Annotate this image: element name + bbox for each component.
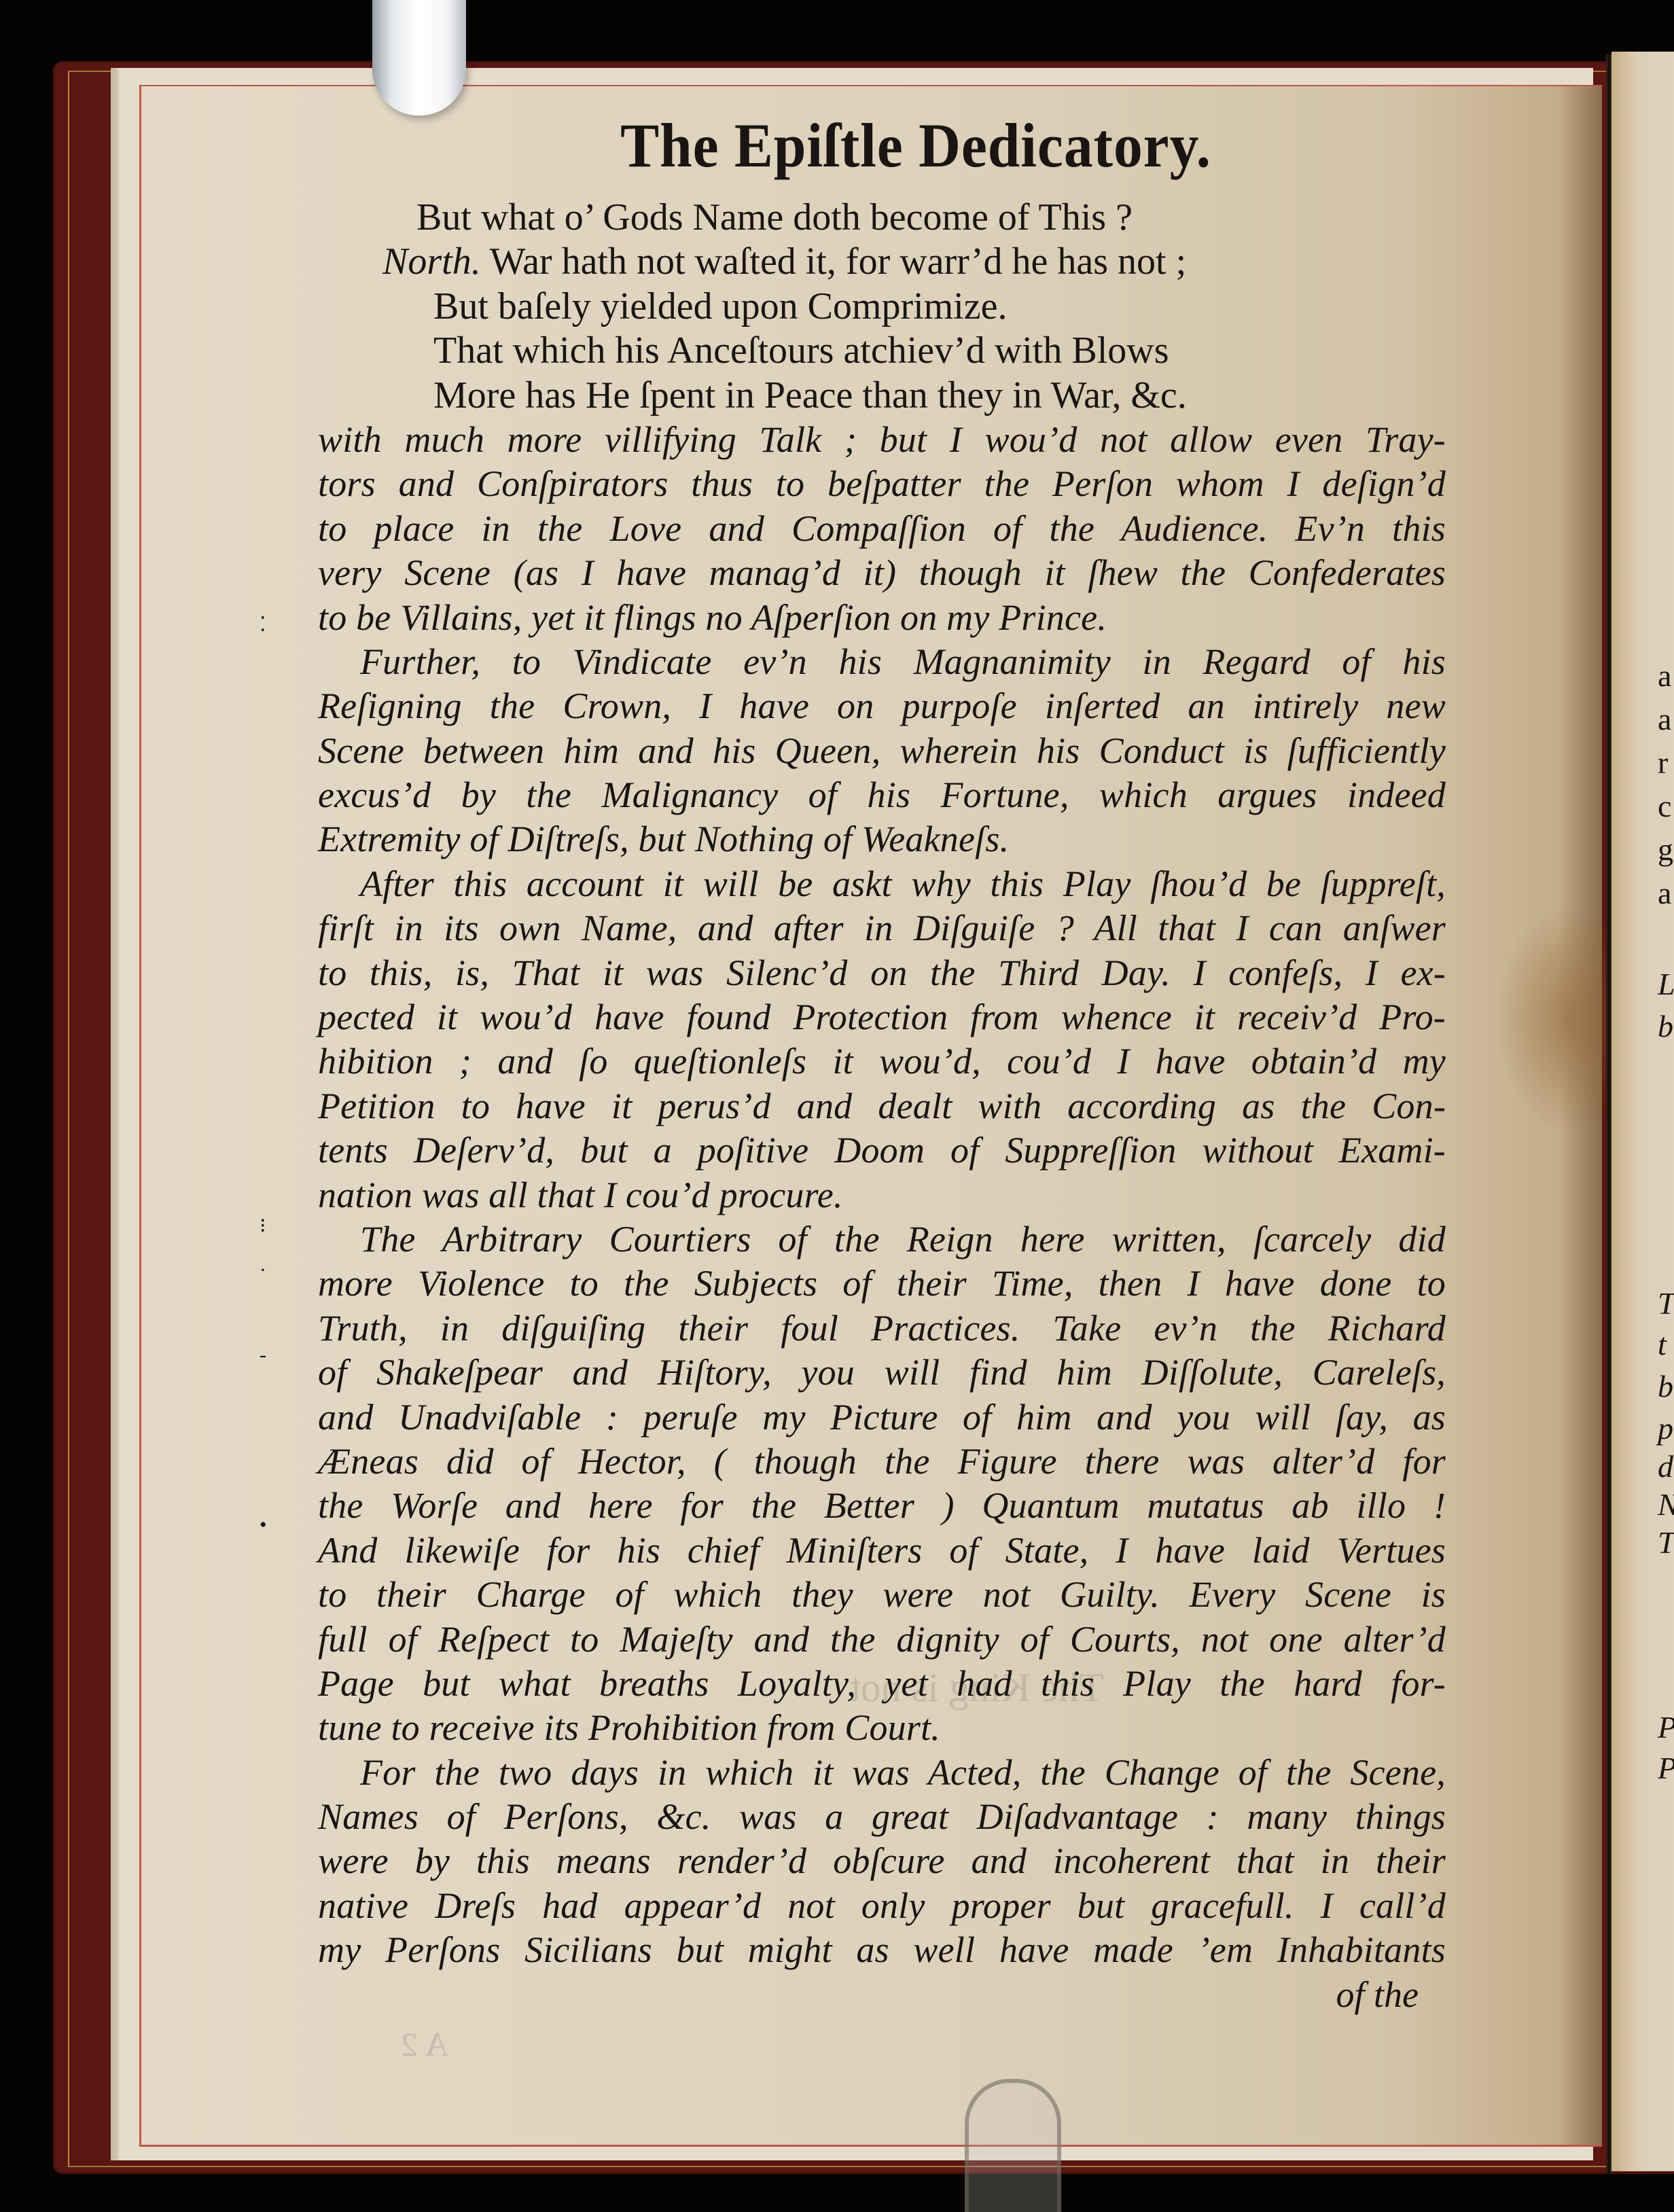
speaker-label: North.	[382, 240, 481, 283]
fragment-letter: P	[1658, 1712, 1674, 1743]
fragment-letter: N	[1658, 1489, 1674, 1520]
margin-mark: •	[260, 1515, 267, 1535]
fragment-letter: a	[1658, 660, 1671, 692]
paragraph: with much more villifying Talk ; but I w…	[318, 418, 1446, 640]
book-gutter	[1606, 54, 1611, 2174]
page-clip-bottom	[965, 2079, 1061, 2212]
text-line: my Perſons Sicilians but might as well h…	[318, 1928, 1446, 1972]
text-line: to their Charge of which they were not G…	[318, 1573, 1446, 1617]
margin-mark: ⁚	[260, 615, 266, 635]
text-line: more Violence to the Subjects of their T…	[318, 1262, 1446, 1306]
text-line: excus’d by the Malignancy of his Fortune…	[318, 773, 1446, 817]
catchword: of the	[318, 1973, 1446, 2017]
fragment-letter: a	[1658, 878, 1671, 909]
text-line: For the two days in which it was Acted, …	[318, 1751, 1446, 1795]
margin-mark: ·	[260, 1260, 266, 1281]
paragraph: Further, to Vindicate ev’n his Magnanimi…	[318, 640, 1446, 862]
text-line: The Arbitrary Courtiers of the Reign her…	[318, 1217, 1446, 1262]
text-line: to this, is, That it was Silenc’d on the…	[318, 951, 1446, 995]
page-text: The Epiſtle Dedicatory. But what o’ Gods…	[318, 102, 1446, 2017]
verse-line: But what o’ Gods Name doth become of Thi…	[318, 196, 1446, 240]
verse-line: But baſely yielded upon Comprimize.	[318, 285, 1446, 329]
verse-line: North. War hath not waſted it, for warr’…	[318, 240, 1446, 284]
prose: with much more villifying Talk ; but I w…	[318, 418, 1446, 2017]
fragment-letter: c	[1658, 791, 1671, 822]
paragraph: For the two days in which it was Acted, …	[318, 1751, 1446, 1973]
text-line: were by this means render’d obſcure and …	[318, 1839, 1446, 1883]
fragment-letter: g	[1658, 834, 1673, 866]
paragraph: After this account it will be askt why t…	[318, 862, 1446, 1217]
fragment-letter: d	[1658, 1451, 1673, 1482]
text-line: Reſigning the Crown, I have on purpoſe i…	[318, 684, 1446, 728]
text-line: Names of Perſons, &c. was a great Diſadv…	[318, 1795, 1446, 1839]
margin-mark: -	[260, 1345, 266, 1366]
text-line: Scene between him and his Queen, wherein…	[318, 729, 1446, 773]
facing-page	[1611, 52, 1674, 2171]
fragment-letter: P	[1658, 1753, 1674, 1784]
text-line: with much more villifying Talk ; but I w…	[318, 418, 1446, 462]
fragment-letter: L	[1658, 969, 1674, 1000]
text-line: to be Villains, yet it flings no Aſperſi…	[318, 596, 1446, 640]
text-line: firſt in its own Name, and after in Diſg…	[318, 906, 1446, 950]
verse-quotation: But what o’ Gods Name doth become of Thi…	[318, 196, 1446, 418]
running-title: The Epiſtle Dedicatory.	[423, 114, 1409, 177]
fragment-letter: p	[1658, 1413, 1673, 1444]
text-line: Page but what breaths Loyalty, yet had t…	[318, 1662, 1446, 1706]
text-line: tors and Conſpirators thus to beſpatter …	[318, 462, 1446, 506]
text-line: Extremity of Diſtreſs, but Nothing of We…	[318, 817, 1446, 861]
fragment-letter: T	[1658, 1288, 1674, 1319]
fragment-letter: T	[1658, 1527, 1674, 1558]
text-line: pected it wou’d have found Protection fr…	[318, 995, 1446, 1039]
fragment-letter: r	[1658, 747, 1668, 779]
verse-line: More has He ſpent in Peace than they in …	[318, 374, 1446, 418]
text-line: And likewiſe for his chief Miniſters of …	[318, 1529, 1446, 1573]
text-line: tents Deſerv’d, but a poſitive Doom of S…	[318, 1128, 1446, 1173]
text-line: hibition ; and ſo queſtionleſs it wou’d,…	[318, 1039, 1446, 1084]
fragment-letter: b	[1658, 1371, 1673, 1402]
text-line: to place in the Love and Compaſſion of t…	[318, 507, 1446, 551]
text-line: After this account it will be askt why t…	[318, 862, 1446, 906]
text-line: of Shakeſpear and Hiſtory, you will find…	[318, 1351, 1446, 1395]
text-line: native Dreſs had appear’d not only prope…	[318, 1884, 1446, 1928]
text-line: Truth, in diſguiſing their foul Practice…	[318, 1306, 1446, 1351]
paragraph: The Arbitrary Courtiers of the Reign her…	[318, 1217, 1446, 1751]
text-line: the Worſe and here for the Better ) Quan…	[318, 1484, 1446, 1528]
text-line: Further, to Vindicate ev’n his Magnanimi…	[318, 640, 1446, 684]
fragment-letter: t	[1658, 1329, 1667, 1360]
margin-mark: ⁝	[260, 1216, 266, 1236]
text-line: very Scene (as I have manag’d it) though…	[318, 551, 1446, 595]
verse-line: That which his Anceſtours atchiev’d with…	[318, 329, 1446, 373]
text-line: and Unadviſable : peruſe my Picture of h…	[318, 1395, 1446, 1440]
text-line: tune to receive its Prohibition from Cou…	[318, 1706, 1446, 1750]
show-through-signature: A 2	[401, 2024, 449, 2064]
text-line: nation was all that I cou’d procure.	[318, 1173, 1446, 1217]
text-line: full of Reſpect to Majeſty and the digni…	[318, 1618, 1446, 1662]
text-line: Petition to have it perus’d and dealt wi…	[318, 1084, 1446, 1128]
page-clip-top	[372, 0, 466, 115]
fragment-letter: a	[1658, 704, 1671, 735]
fragment-letter: b	[1658, 1011, 1673, 1042]
text-line: Æneas did of Hector, ( though the Figure…	[318, 1440, 1446, 1484]
